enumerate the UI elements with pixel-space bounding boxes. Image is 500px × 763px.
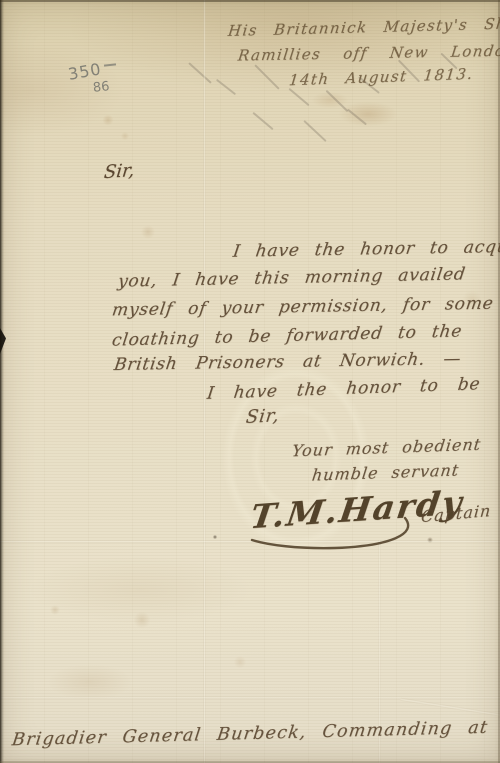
vertical-fold-crease — [203, 0, 206, 763]
diagonal-corner-crease — [400, 698, 500, 717]
salutation: Sir, — [103, 160, 136, 183]
body-line-3: myself of your permission, for some — [111, 294, 495, 321]
closing-line-2: humble servant — [311, 460, 461, 484]
horizontal-fold-crease-lower — [0, 696, 500, 699]
pencil-secondary-number: 86 — [92, 79, 110, 96]
letterhead-location-line: Ramillies off New London — [237, 42, 500, 65]
handwritten-letter-page: 350 86 His Britannick Majesty's Ship Ram… — [0, 0, 500, 763]
body-line-1: I have the honor to acquaint — [232, 236, 500, 261]
letterhead-date-line: 14th August 1813. — [288, 65, 474, 90]
body-line-2: you, I have this morning availed — [117, 264, 467, 291]
body-line-6: I have the honor to be — [206, 374, 482, 404]
closing-line-1: Your most obedient — [291, 435, 483, 461]
sheet-top-edge — [0, 0, 500, 2]
sheet-left-edge — [0, 0, 4, 763]
body-sir-line: Sir, — [245, 405, 281, 428]
letterhead-ship-line: His Britannick Majesty's Ship — [227, 14, 500, 40]
body-line-4: cloathing to be forwarded to the — [111, 321, 464, 350]
addressee-line: Brigadier General Burbeck, Commanding at — [11, 718, 490, 751]
horizontal-fold-crease — [0, 540, 500, 543]
body-line-5: British Prisoners at Norwich. — — [113, 349, 463, 375]
pencil-dash-mark — [104, 63, 116, 66]
